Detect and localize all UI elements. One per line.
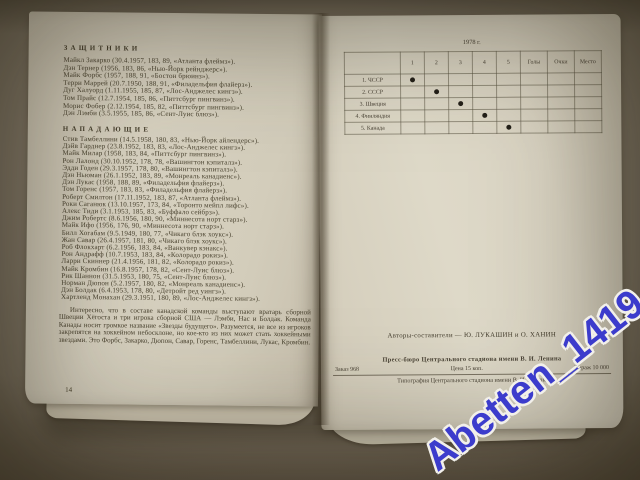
standings-row: 5. Канада <box>345 121 602 135</box>
stat-cell <box>548 121 575 133</box>
result-cell <box>496 73 520 85</box>
team-name-cell: 4. Финляндия <box>345 110 401 122</box>
team-name-cell: 2. СССР <box>345 86 401 98</box>
result-cell <box>448 73 472 85</box>
result-cell <box>401 98 425 110</box>
imprint-price: Цена 15 коп. <box>451 366 483 372</box>
no-game-dot <box>410 77 415 82</box>
stat-cell <box>575 109 602 121</box>
stat-cell <box>575 121 602 133</box>
stat-cell <box>521 109 548 121</box>
result-cell <box>401 122 425 134</box>
round-column-header: 1 <box>400 52 424 74</box>
no-game-dot <box>458 101 463 106</box>
standings-year-label: 1978 г. <box>344 38 600 47</box>
forwards-heading: НАПАДАЮЩИЕ <box>63 125 151 134</box>
result-cell <box>497 97 521 109</box>
result-cell <box>425 86 449 98</box>
stat-cell <box>521 121 548 133</box>
stat-cell <box>548 85 575 97</box>
result-cell <box>449 121 473 133</box>
team-column-header <box>344 52 400 74</box>
defenders-heading: ЗАЩИТНИКИ <box>64 44 141 53</box>
no-game-dot <box>434 89 439 94</box>
round-column-header: 5 <box>496 51 520 73</box>
stat-cell <box>548 109 575 121</box>
result-cell <box>472 73 496 85</box>
result-cell <box>449 109 473 121</box>
result-cell <box>497 109 521 121</box>
result-cell <box>497 85 521 97</box>
stat-column-header: Место <box>574 51 601 73</box>
team-name-cell: 3. Швеция <box>345 98 401 110</box>
result-cell <box>473 121 497 133</box>
result-cell <box>400 74 424 86</box>
result-cell <box>401 110 425 122</box>
round-column-header: 3 <box>448 51 472 73</box>
page-number: 14 <box>65 386 72 394</box>
standings-table: 12345ГолыОчкиМесто1. ЧССР2. СССР3. Швеци… <box>344 50 603 135</box>
stat-cell <box>575 85 602 97</box>
result-cell <box>473 109 497 121</box>
forwards-list: Стив Тамбеллини (14.5.1958, 180, 83, «Нь… <box>61 136 262 304</box>
round-column-header: 2 <box>424 52 448 74</box>
stat-cell <box>548 97 575 109</box>
commentary-paragraph: Интересно, что в составе канадской коман… <box>59 307 311 347</box>
stat-cell <box>521 97 548 109</box>
team-name-cell: 1. ЧССР <box>344 74 400 86</box>
stat-cell <box>547 73 574 85</box>
imprint-order: Заказ 968 <box>335 367 359 373</box>
stat-column-header: Очки <box>547 51 574 73</box>
stat-column-header: Голы <box>520 51 547 73</box>
result-cell <box>425 98 449 110</box>
stat-cell <box>574 73 601 85</box>
team-name-cell: 5. Канада <box>345 122 401 134</box>
left-page: ЗАЩИТНИКИ Майкл Закарко (30.4.1957, 183,… <box>25 11 322 406</box>
result-cell <box>425 110 449 122</box>
standings-table-wrap: 12345ГолыОчкиМесто1. ЧССР2. СССР3. Швеци… <box>344 50 603 135</box>
stat-cell <box>520 73 547 85</box>
result-cell <box>449 97 473 109</box>
result-cell <box>424 74 448 86</box>
stat-cell <box>521 85 548 97</box>
result-cell <box>401 86 425 98</box>
result-cell <box>473 97 497 109</box>
round-column-header: 4 <box>472 51 496 73</box>
player-line: Хартленд Монахан (29.3.1951, 180, 89, «Л… <box>61 294 260 303</box>
result-cell <box>425 122 449 134</box>
result-cell <box>473 85 497 97</box>
stat-cell <box>575 97 602 109</box>
defenders-list: Майкл Закарко (30.4.1957, 183, 89, «Атла… <box>63 57 253 120</box>
result-cell <box>449 85 473 97</box>
result-cell <box>497 121 521 133</box>
no-game-dot <box>506 124 511 129</box>
no-game-dot <box>482 113 487 118</box>
